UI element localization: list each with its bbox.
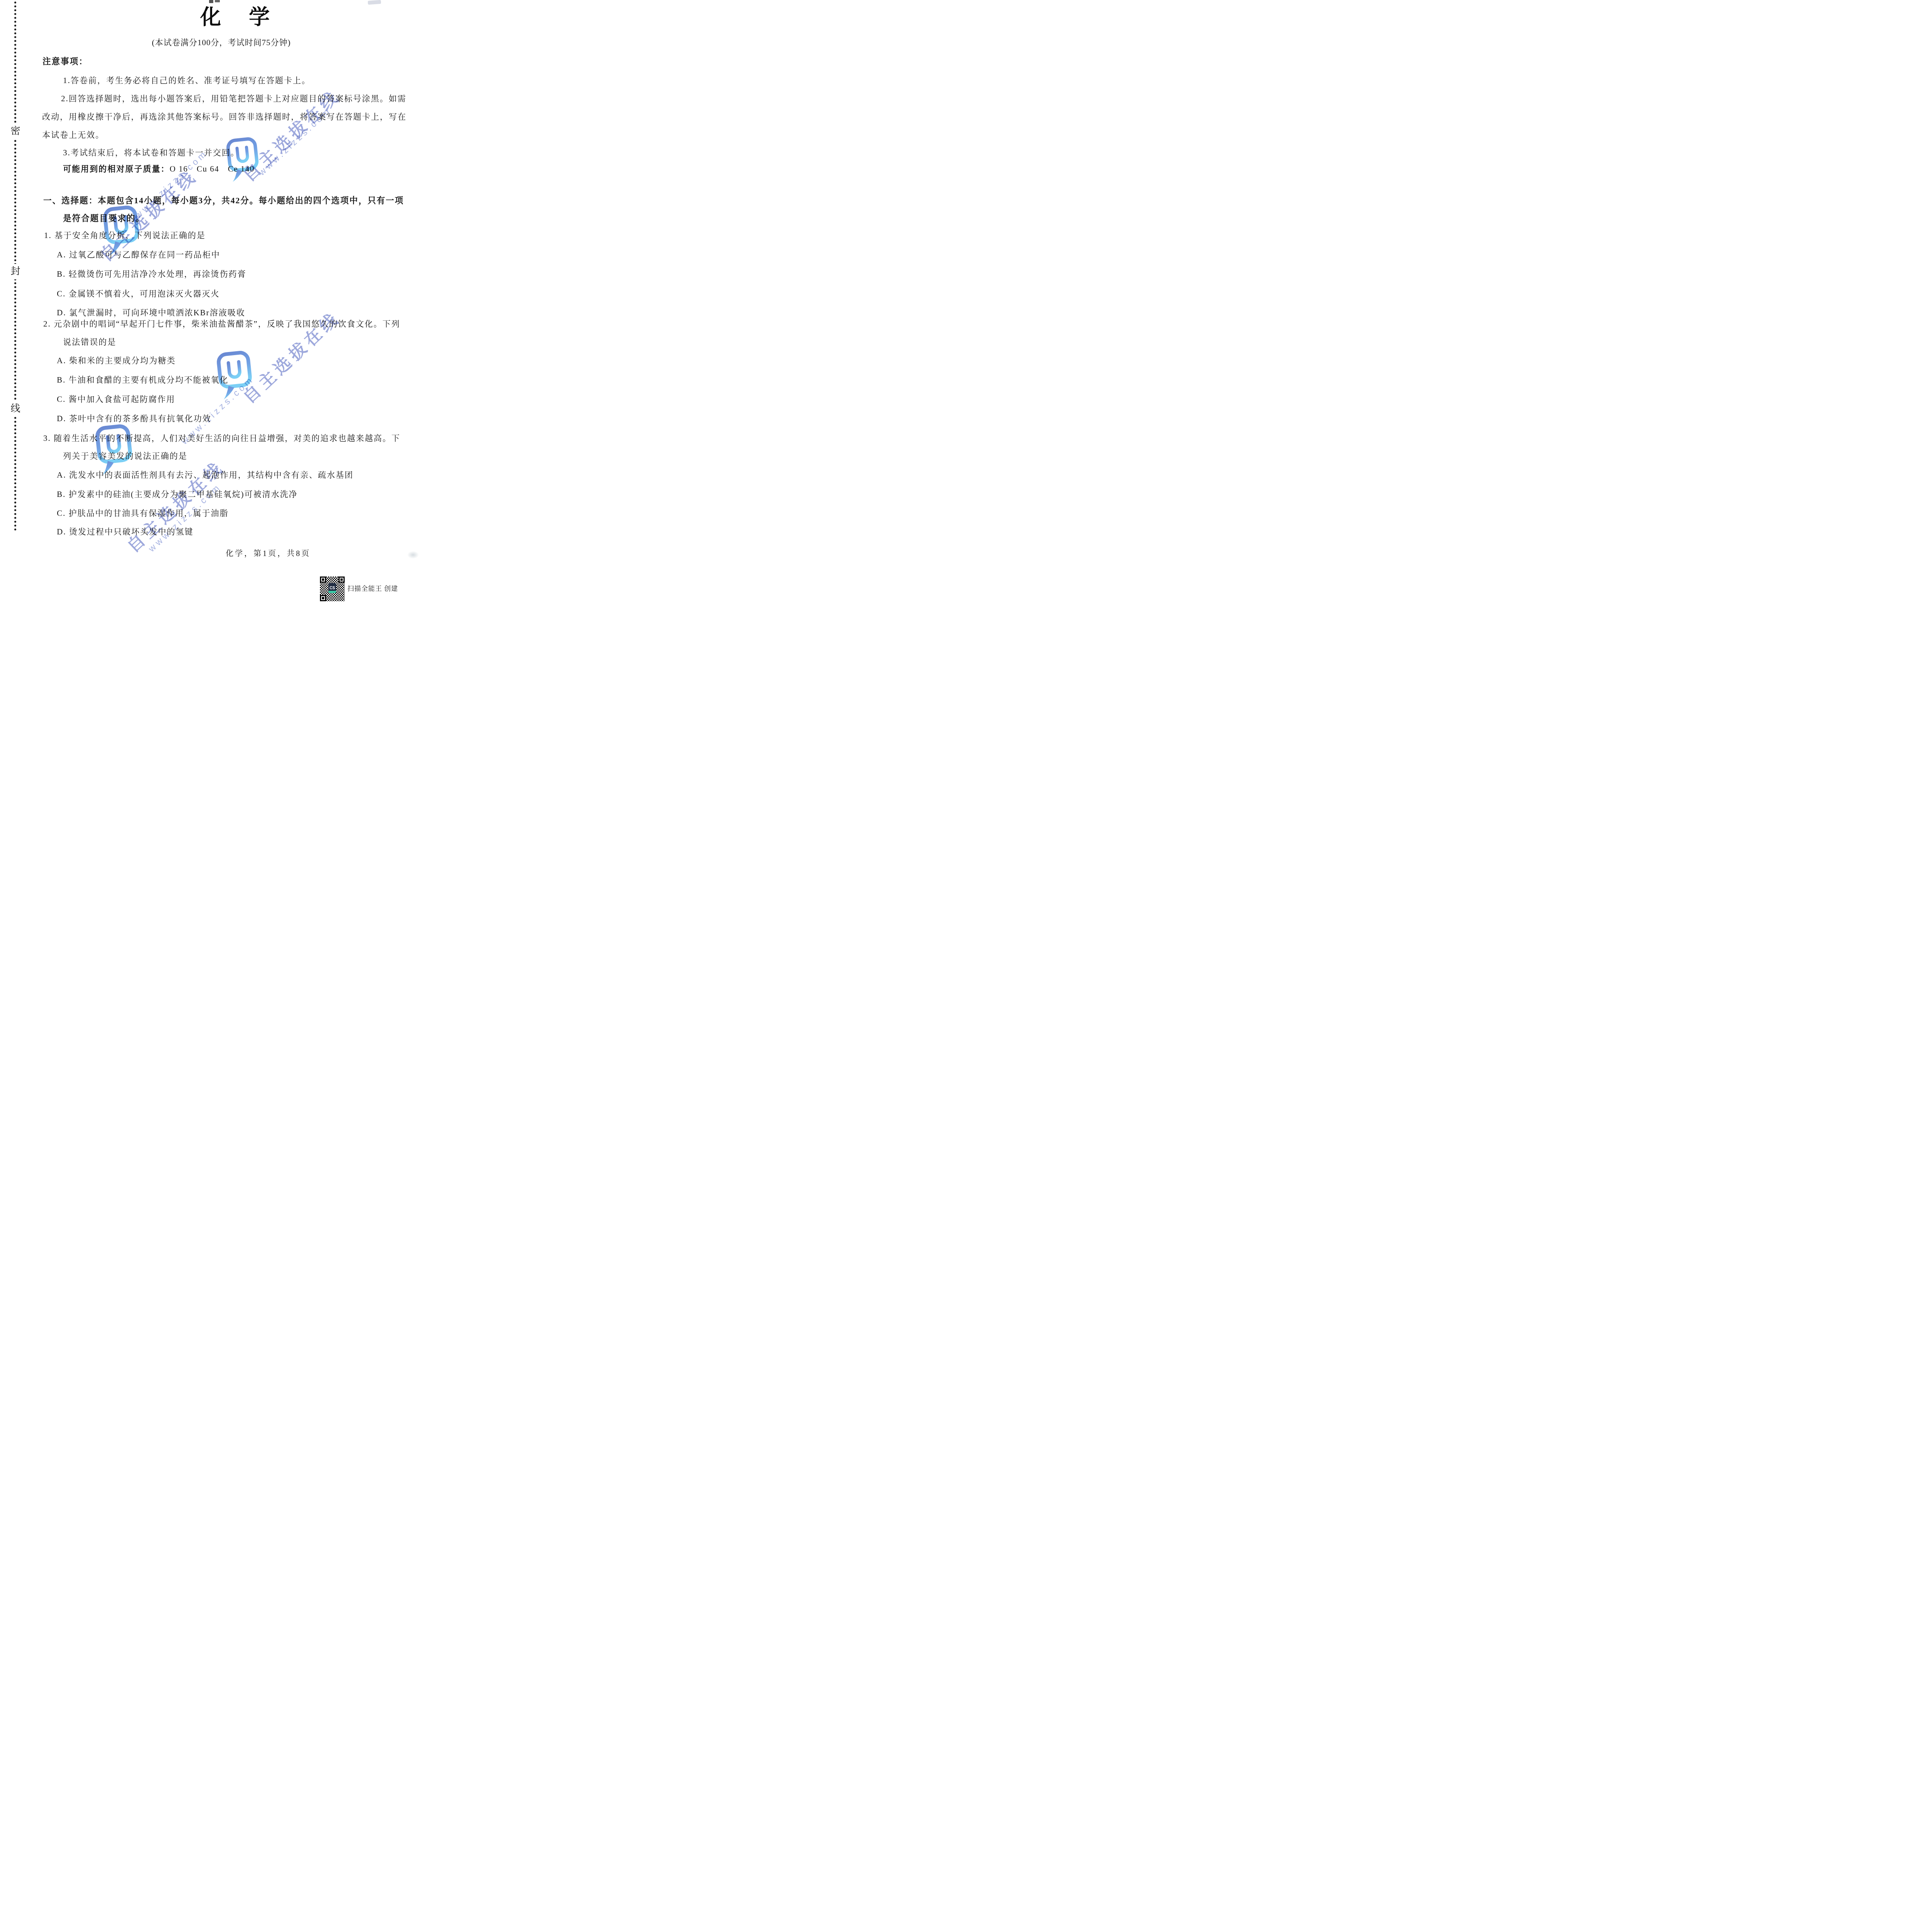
- exam-paper-page: 密 封 线 化学 (本试卷满分100分，考试时间75分钟) 注意事项： 1.答卷…: [0, 0, 425, 602]
- footer-page-info: 化学，第1页，共8页: [226, 548, 311, 559]
- section-header-line-2: 是符合题目要求的。: [63, 213, 145, 224]
- notice-item-3: 3.考试结束后，将本试卷和答题卡一并交回。: [63, 147, 240, 158]
- question-2-stem-line-1: 2. 元杂剧中的唱词“早起开门七件事，柴米油盐酱醋茶”，反映了我国悠久的饮食文化…: [43, 318, 400, 329]
- scan-artifact: [407, 551, 419, 559]
- section-header-line-1: 一、选择题：本题包含14小题，每小题3分，共42分。每小题给出的四个选项中，只有…: [43, 195, 404, 206]
- question-1-option-b: B. 轻微烫伤可先用洁净冷水处理，再涂烫伤药膏: [57, 269, 247, 279]
- question-1-stem: 1. 基于安全角度分析，下列说法正确的是: [44, 230, 206, 241]
- notice-heading: 注意事项：: [43, 56, 88, 67]
- qr-finder-icon: [338, 577, 345, 583]
- seal-char-mi: 密: [9, 124, 22, 139]
- notice-item-2-line-3: 本试卷上无效。: [42, 129, 104, 140]
- question-3-option-d: D. 烫发过程中只破坏头发中的氢键: [57, 526, 194, 537]
- question-1-option-c: C. 金属镁不慎着火，可用泡沫灭火器灭火: [57, 288, 220, 299]
- notice-item-2-line-1: 2.回答选择题时，选出每小题答案后，用铅笔把答题卡上对应题目的答案标号涂黑。如需: [61, 93, 406, 104]
- question-3-stem-line-2: 列关于美容美发的说法正确的是: [63, 451, 187, 461]
- watermark-url-text: www.zizzs.com: [133, 148, 210, 220]
- question-3-stem-line-1: 3. 随着生活水平的不断提高，人们对美好生活的向往日益增强，对美的追求也越来越高…: [43, 433, 400, 444]
- watermark-logo: [223, 133, 262, 187]
- seal-char-feng: 封: [9, 264, 22, 279]
- scanner-credit-text: 扫描全能王 创建: [347, 583, 398, 593]
- notice-item-1: 1.答卷前，考生务必将自己的姓名、准考证号填写在答题卡上。: [63, 75, 311, 86]
- seal-char-xian: 线: [9, 401, 22, 417]
- question-1-option-d: D. 氯气泄漏时，可向环境中喷洒浓KBr溶液吸收: [57, 307, 245, 318]
- atomic-masses-line: 可能用到的相对原子质量：O 16 Cu 64 Ce 140: [63, 163, 255, 174]
- question-3-option-a: A. 洗发水中的表面活性剂具有去污、起泡作用，其结构中含有亲、疏水基团: [57, 469, 354, 480]
- question-2-stem-line-2: 说法错误的是: [63, 337, 116, 347]
- question-2-option-b: B. 牛油和食醋的主要有机成分均不能被氧化: [57, 374, 229, 385]
- question-3-option-b: B. 护发素中的硅油(主要成分为聚二甲基硅氧烷)可被清水洗净: [57, 489, 298, 500]
- question-2-option-a: A. 柴和米的主要成分均为糖类: [57, 355, 176, 366]
- scan-artifact: [209, 0, 213, 3]
- page-subtitle: (本试卷满分100分，考试时间75分钟): [152, 37, 291, 48]
- atomic-masses-values: O 16 Cu 64 Ce 140: [170, 164, 255, 173]
- question-2-option-d: D. 茶叶中含有的茶多酚具有抗氧化功效: [57, 413, 211, 424]
- page-title: 化学: [200, 1, 298, 31]
- camscanner-badge-icon: CS: [328, 583, 336, 593]
- notice-item-2-line-2: 改动，用橡皮擦干净后，再选涂其他答案标号。回答非选择题时，将答案写在答题卡上，写…: [42, 111, 406, 122]
- scan-artifact: [368, 0, 381, 5]
- question-2-option-c: C. 酱中加入食盐可起防腐作用: [57, 394, 175, 405]
- scan-artifact: [215, 0, 220, 2]
- atomic-masses-label: 可能用到的相对原子质量：: [63, 164, 170, 173]
- qr-finder-icon: [320, 577, 326, 583]
- question-1-option-a: A. 过氧乙酸可与乙醇保存在同一药品柜中: [57, 249, 220, 260]
- question-3-option-c: C. 护肤品中的甘油具有保湿作用，属于油脂: [57, 508, 229, 519]
- qr-code: CS: [320, 577, 345, 601]
- qr-finder-icon: [320, 595, 326, 601]
